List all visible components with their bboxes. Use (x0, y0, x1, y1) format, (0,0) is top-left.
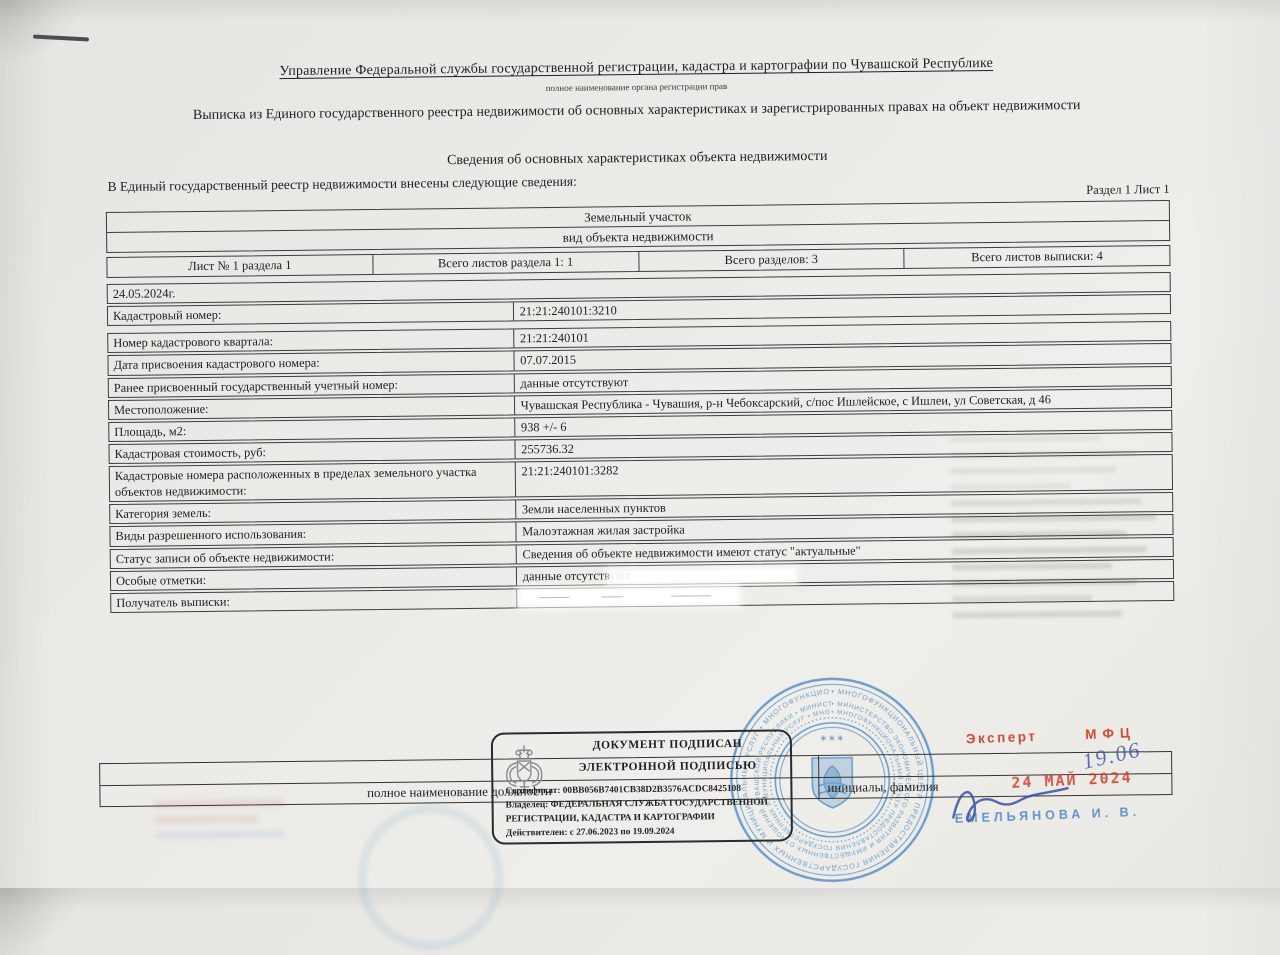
row-label: Виды разрешенного использования: (110, 523, 516, 546)
document-title: Выписка из Единого государственного реес… (0, 96, 1277, 127)
bleed-through-seal (357, 804, 505, 888)
seal-stars: ✶✶✶ (819, 734, 844, 745)
row-label: Местоположение: (109, 396, 515, 419)
esign-owner-line2: РЕГИСТРАЦИИ, КАДАСТРА И КАРТОГРАФИИ (506, 811, 785, 824)
section-caption: Сведения об основных характеристиках объ… (0, 144, 1277, 175)
initials-label: инициалы, фамилия (827, 779, 938, 796)
row-label: Номер кадастрового квартала: (108, 330, 514, 353)
esign-owner-line1: Владелец: ФЕДЕРАЛЬНАЯ СЛУЖБА ГОСУДАРСТВЕ… (506, 797, 785, 810)
sheet-cell: Лист № 1 раздела 1 (107, 255, 372, 277)
handwritten-signature (945, 774, 1078, 837)
bleed-line (155, 831, 285, 838)
row-value: 21:21:240101:3282 (515, 455, 1172, 497)
row-label: Площадь, м2: (109, 418, 515, 441)
cadastral-table: Земельный участок вид объекта недвижимос… (106, 200, 1175, 615)
sheet-cell: Всего листов раздела 1: 1 (372, 252, 638, 274)
document-sheet: Управление Федеральной службы государств… (0, 0, 1280, 888)
esign-title-line1: ДОКУМЕНТ ПОДПИСАН (551, 737, 784, 752)
row-label: Особые отметки: (111, 567, 517, 590)
bleed-line (952, 611, 1122, 619)
redaction-whiteout (521, 589, 736, 604)
esignature-stamp-box: ДОКУМЕНТ ПОДПИСАН ЭЛЕКТРОННОЙ ПОДПИСЬЮ С… (491, 729, 793, 844)
redaction-whiteout (610, 569, 795, 582)
bleed-line (155, 815, 259, 823)
row-label: Кадастровая стоимость, руб: (109, 440, 515, 463)
sheet-cell: Всего разделов: 3 (638, 249, 904, 271)
row-value: 21:21:240101:3210 (514, 295, 1170, 321)
row-label: Ранее присвоенный государственный учетны… (109, 374, 515, 397)
row-label: Категория земель: (110, 501, 516, 524)
row-label: Кадастровый номер: (108, 303, 514, 326)
esign-certificate: Сертификат: 00BB056B7401CB38D2B3576ACDC8… (505, 783, 784, 796)
row-label: Кадастровые номера расположенных в преде… (110, 462, 516, 501)
row-label: Дата присвоения кадастрового номера: (108, 352, 514, 375)
object-type-box: Земельный участок вид объекта недвижимос… (106, 200, 1170, 253)
cadastral-table-rows: 24.05.2024г.Кадастровый номер:21:21:2401… (107, 272, 1175, 613)
sheet-cell: Всего листов выписки: 4 (904, 246, 1170, 268)
row-label: Статус записи об объекте недвижимости: (111, 545, 517, 568)
row-label: Получатель выписки: (111, 589, 517, 612)
esign-validity: Действителен: с 27.06.2023 по 19.09.2024 (506, 825, 785, 838)
expert-stamp-word: Эксперт (966, 729, 1038, 747)
row-value (517, 582, 1173, 608)
esign-title-line2: ЭЛЕКТРОННОЙ ПОДПИСЬЮ (551, 759, 784, 774)
